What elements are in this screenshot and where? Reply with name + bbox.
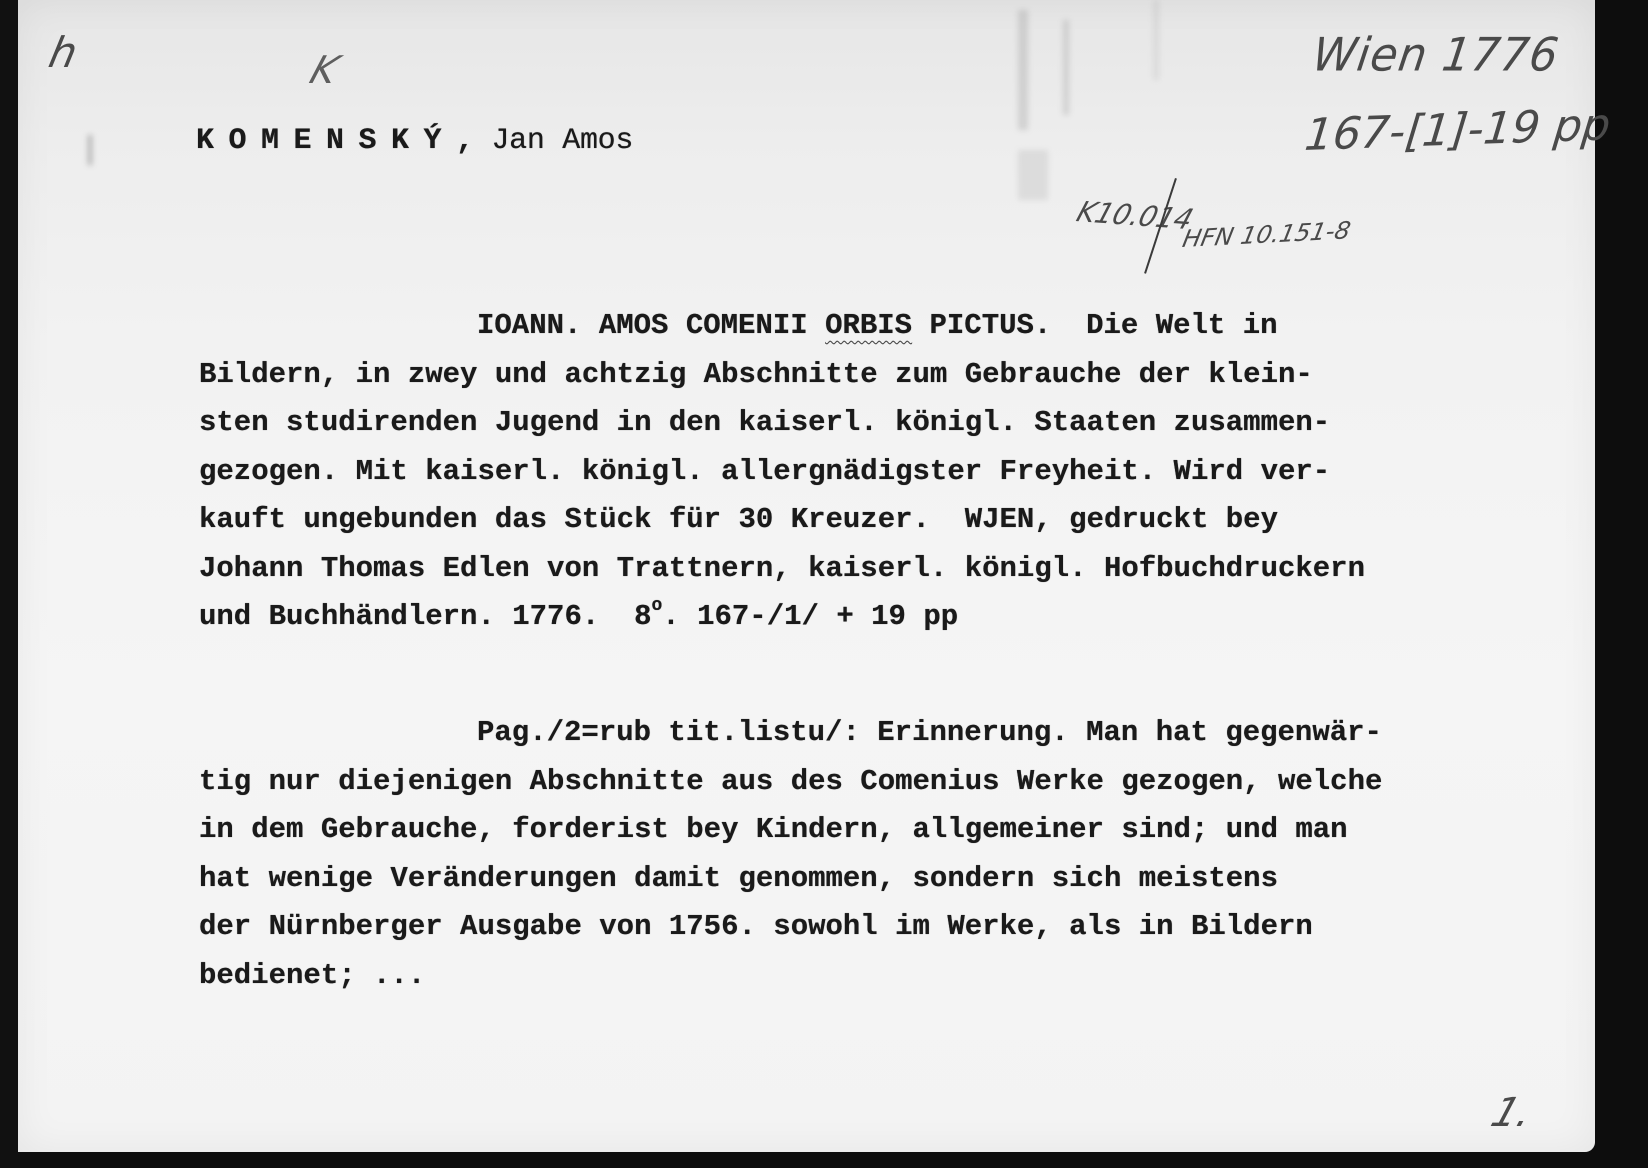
title-lead: IOANN. AMOS COMENII: [477, 309, 825, 342]
scan-left-border: [0, 0, 20, 1168]
pencil-mark: [88, 135, 92, 165]
imprint-line: und Buchhändlern. 1776. 8o. 167-/1/ + 19…: [199, 593, 1365, 642]
handwritten-pagination: 167-[1]-19 pp: [1302, 99, 1613, 161]
title-underlined-word: ORBIS: [825, 309, 912, 342]
note-line: tig nur diejenigen Abschnitte aus des Co…: [199, 758, 1382, 807]
paper-smudge: [1063, 20, 1069, 115]
description-line: sten studirenden Jugend in den kaiserl. …: [199, 399, 1365, 448]
handwritten-place-year: Wien 1776: [1309, 29, 1562, 83]
note-line: in dem Gebrauche, forderist bey Kindern,…: [199, 806, 1382, 855]
title-line: IOANN. AMOS COMENII ORBIS PICTUS. Die We…: [199, 302, 1365, 351]
pagination-note: Pag./2=rub tit.listu/: Erinnerung. Man h…: [199, 709, 1382, 1000]
note-line: hat wenige Veränderungen damit genommen,…: [199, 855, 1382, 904]
bibliographic-description: IOANN. AMOS COMENII ORBIS PICTUS. Die We…: [199, 302, 1365, 642]
author-given-names: Jan Amos: [491, 124, 633, 158]
author-surname: KOMENSKÝ: [196, 124, 456, 158]
title-rest: PICTUS. Die Welt in: [912, 309, 1277, 342]
imprint-text: und Buchhändlern. 1776. 8: [199, 600, 651, 633]
author-heading: KOMENSKÝ, Jan Amos: [196, 124, 633, 158]
description-line: Johann Thomas Edlen von Trattnern, kaise…: [199, 545, 1365, 594]
paper-smudge: [1018, 10, 1028, 130]
note-line: der Nürnberger Ausgabe von 1756. sowohl …: [199, 903, 1382, 952]
note-line: Pag./2=rub tit.listu/: Erinnerung. Man h…: [199, 709, 1382, 758]
paper-smudge: [1153, 0, 1159, 80]
description-line: gezogen. Mit kaiserl. königl. allergnädi…: [199, 448, 1365, 497]
description-line: Bildern, in zwey und achtzig Abschnitte …: [199, 351, 1365, 400]
paper-smudge: [1018, 150, 1048, 200]
note-line: bedienet; ...: [199, 952, 1382, 1001]
format-superscript: o: [651, 596, 662, 616]
collation-text: . 167-/1/ + 19 pp: [662, 600, 958, 633]
description-line: kauft ungebunden das Stück für 30 Kreuze…: [199, 496, 1365, 545]
scanned-card-frame: h K Wien 1776 167-[1]-19 pp K10.014 HFN …: [0, 0, 1648, 1168]
heading-separator: ,: [456, 124, 491, 158]
